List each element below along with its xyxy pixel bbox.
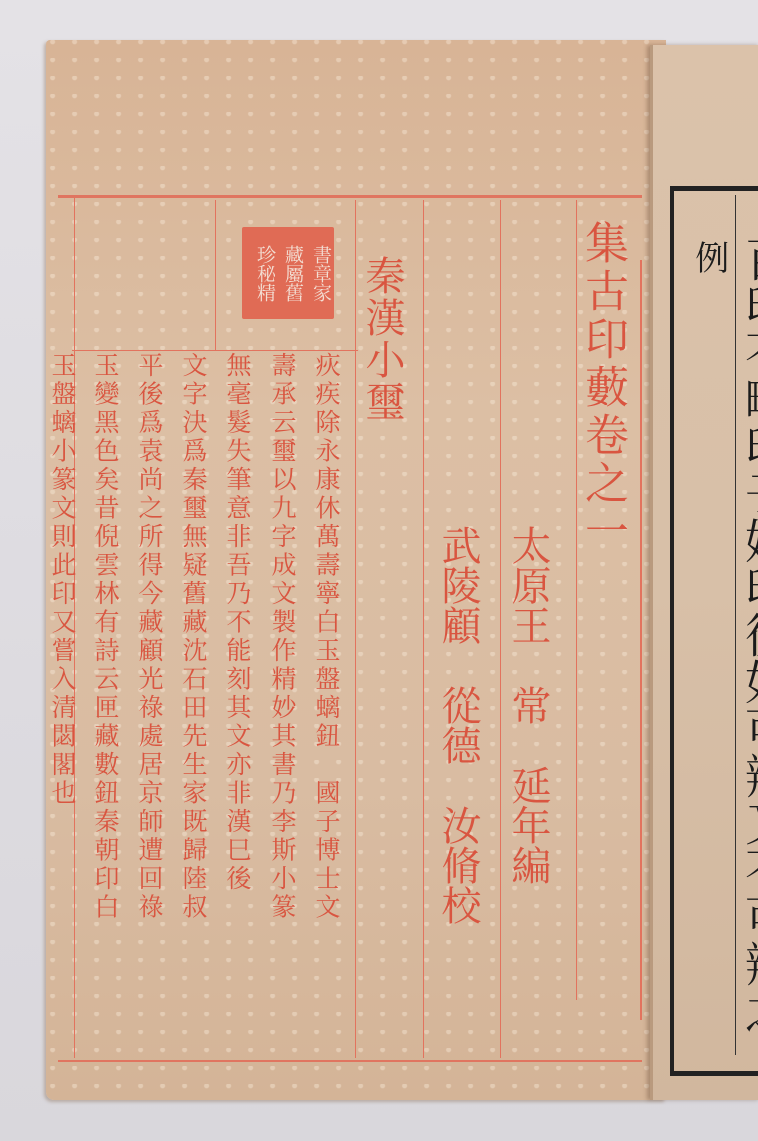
seal-column: 珍秘精	[246, 231, 274, 315]
right-page-label: 例	[690, 240, 727, 274]
body-column: 玉盤螭小篆文則此印又嘗入清閟閣也	[50, 352, 75, 808]
column-rule	[423, 200, 424, 1058]
right-page-column: 百印不畸印子姆印從如可辨又不可辨之	[740, 235, 758, 1034]
body-column: 壽承云璽以九字成文製作精妙其書乃李斯小篆	[270, 352, 295, 922]
author-line: 太原王 常 延年編	[508, 525, 548, 885]
column-rule	[72, 350, 358, 351]
body-column: 平後爲袁尚之所得今藏顧光祿處居京師遭回祿	[137, 352, 162, 922]
column-rule	[640, 260, 642, 1020]
collector-seal: 珍秘精 藏屬舊 書章家	[242, 227, 334, 319]
section-heading: 秦漢小璽	[362, 255, 402, 423]
black-column-rule	[735, 195, 736, 1055]
seal-column: 書章家	[302, 231, 330, 315]
column-rule	[500, 200, 501, 1058]
body-column: 疢疾除永康休萬壽寧白玉盤螭鈕 國子博士文	[314, 352, 339, 922]
body-column: 玉變黑色矣昔倪雲林有詩云匣藏數鈕秦朝印白	[93, 352, 118, 922]
book-title: 集古印藪卷之一	[580, 220, 624, 556]
collator-line: 武陵顧 從德 汝脩校	[438, 525, 478, 925]
column-rule	[355, 200, 356, 1058]
body-column: 無毫髮失筆意非吾乃不能刻其文亦非漢巳後	[225, 352, 250, 894]
seal-column: 藏屬舊	[274, 231, 302, 315]
column-rule	[215, 200, 216, 350]
body-column: 文字決爲秦璽無疑舊藏沈石田先生家既歸陸叔	[181, 352, 206, 922]
